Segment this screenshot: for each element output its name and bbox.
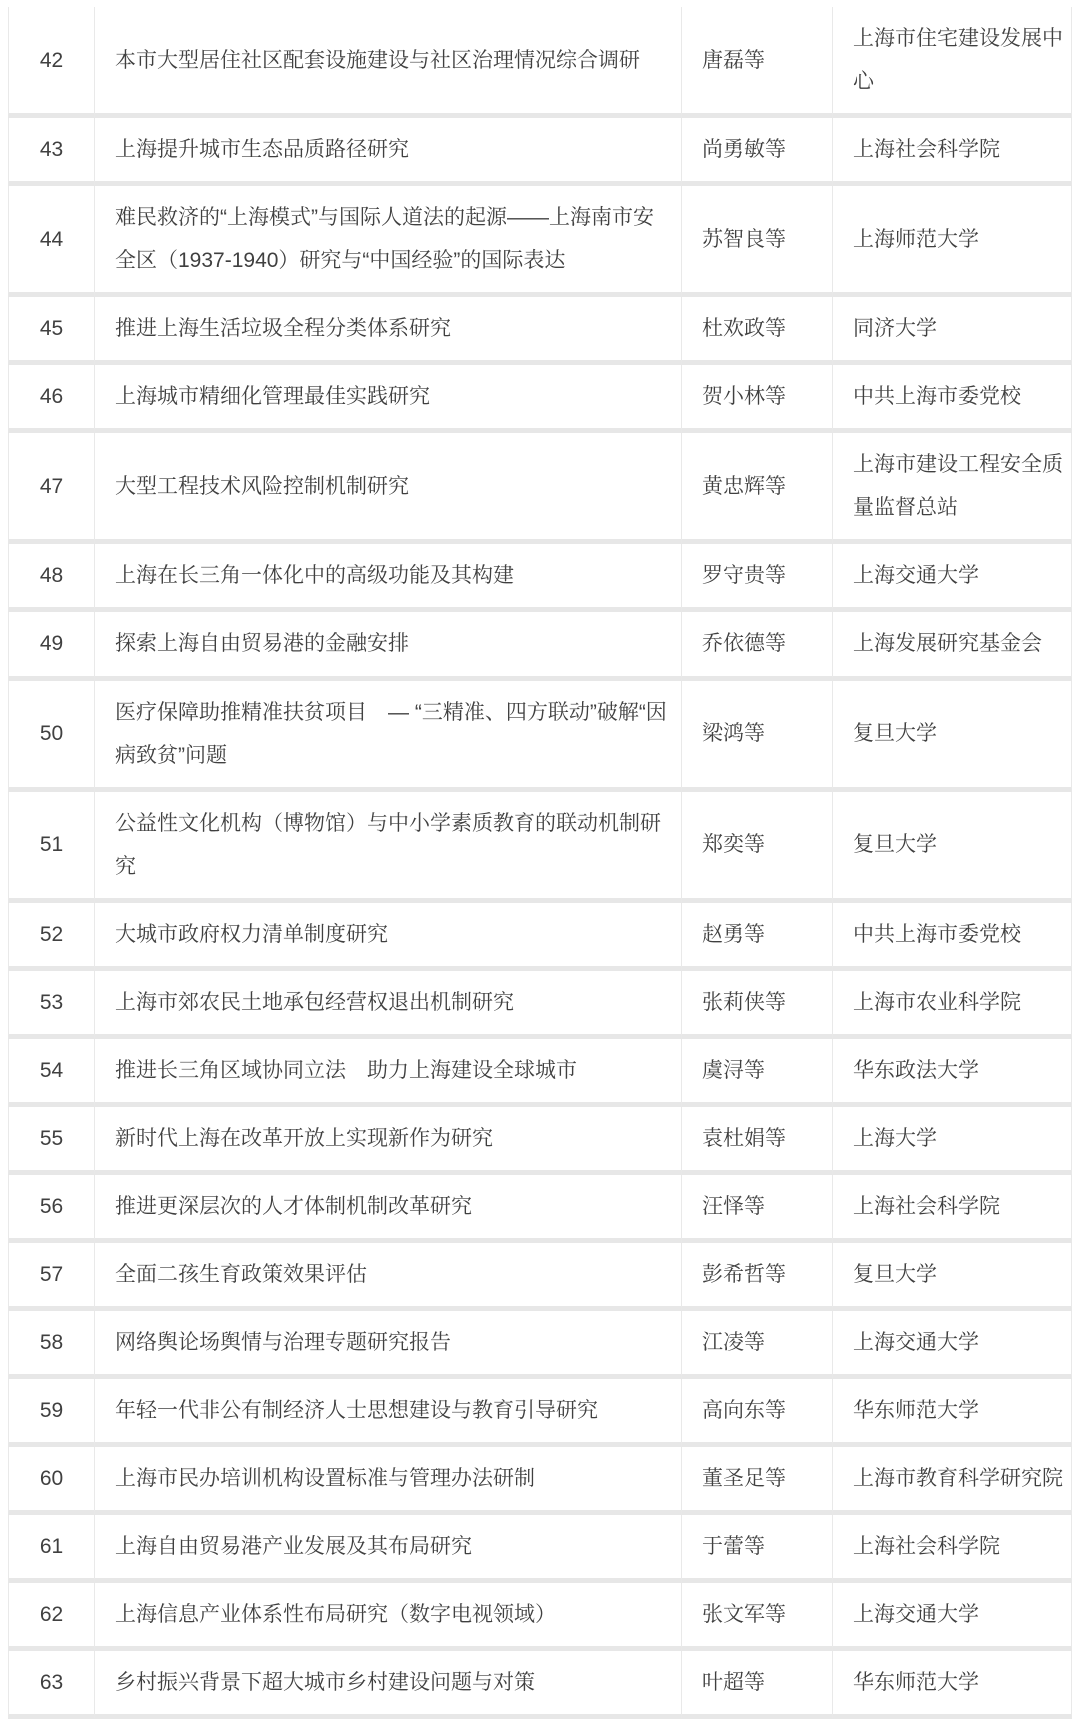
project-institution: 复旦大学 bbox=[832, 792, 1072, 903]
table-row: 56 推进更深层次的人才体制机制改革研究 汪怿等 上海社会科学院 bbox=[8, 1175, 1072, 1243]
project-institution: 上海师范大学 bbox=[832, 186, 1072, 297]
row-number: 45 bbox=[8, 297, 94, 365]
project-author: 袁杜娟等 bbox=[681, 1107, 832, 1175]
project-institution: 同济大学 bbox=[832, 297, 1072, 365]
project-institution: 中共上海市委党校 bbox=[832, 365, 1072, 433]
row-number: 43 bbox=[8, 118, 94, 186]
table-row: 63 乡村振兴背景下超大城市乡村建设问题与对策 叶超等 华东师范大学 bbox=[8, 1651, 1072, 1719]
project-title: 本市大型居住社区配套设施建设与社区治理情况综合调研 bbox=[94, 7, 681, 118]
project-author: 虞浔等 bbox=[681, 1039, 832, 1107]
table-row: 42 本市大型居住社区配套设施建设与社区治理情况综合调研 唐磊等 上海市住宅建设… bbox=[8, 7, 1072, 118]
project-author: 高向东等 bbox=[681, 1379, 832, 1447]
row-number: 47 bbox=[8, 433, 94, 544]
table-row: 51 公益性文化机构（博物馆）与中小学素质教育的联动机制研究 郑奕等 复旦大学 bbox=[8, 792, 1072, 903]
row-number: 62 bbox=[8, 1583, 94, 1651]
project-institution: 上海市农业科学院 bbox=[832, 971, 1072, 1039]
project-author: 董圣足等 bbox=[681, 1447, 832, 1515]
project-title: 推进上海生活垃圾全程分类体系研究 bbox=[94, 297, 681, 365]
project-title: 上海自由贸易港产业发展及其布局研究 bbox=[94, 1515, 681, 1583]
table-row: 61 上海自由贸易港产业发展及其布局研究 于蕾等 上海社会科学院 bbox=[8, 1515, 1072, 1583]
research-projects-table: 42 本市大型居住社区配套设施建设与社区治理情况综合调研 唐磊等 上海市住宅建设… bbox=[8, 7, 1072, 1719]
table-body: 42 本市大型居住社区配套设施建设与社区治理情况综合调研 唐磊等 上海市住宅建设… bbox=[8, 7, 1072, 1719]
project-institution: 上海交通大学 bbox=[832, 1583, 1072, 1651]
project-title: 推进长三角区域协同立法 助力上海建设全球城市 bbox=[94, 1039, 681, 1107]
project-institution: 中共上海市委党校 bbox=[832, 903, 1072, 971]
table-row: 46 上海城市精细化管理最佳实践研究 贺小林等 中共上海市委党校 bbox=[8, 365, 1072, 433]
table-row: 62 上海信息产业体系性布局研究（数字电视领域） 张文军等 上海交通大学 bbox=[8, 1583, 1072, 1651]
row-number: 42 bbox=[8, 7, 94, 118]
project-author: 贺小林等 bbox=[681, 365, 832, 433]
project-title: 上海城市精细化管理最佳实践研究 bbox=[94, 365, 681, 433]
project-institution: 上海交通大学 bbox=[832, 544, 1072, 612]
project-author: 苏智良等 bbox=[681, 186, 832, 297]
project-institution: 上海市建设工程安全质量监督总站 bbox=[832, 433, 1072, 544]
project-institution: 上海社会科学院 bbox=[832, 1175, 1072, 1243]
table-row: 53 上海市郊农民土地承包经营权退出机制研究 张莉侠等 上海市农业科学院 bbox=[8, 971, 1072, 1039]
project-title: 上海提升城市生态品质路径研究 bbox=[94, 118, 681, 186]
row-number: 60 bbox=[8, 1447, 94, 1515]
project-author: 唐磊等 bbox=[681, 7, 832, 118]
row-number: 48 bbox=[8, 544, 94, 612]
row-number: 61 bbox=[8, 1515, 94, 1583]
row-number: 59 bbox=[8, 1379, 94, 1447]
project-title: 难民救济的“上海模式”与国际人道法的起源——上海南市安全区（1937-1940）… bbox=[94, 186, 681, 297]
row-number: 44 bbox=[8, 186, 94, 297]
table-row: 54 推进长三角区域协同立法 助力上海建设全球城市 虞浔等 华东政法大学 bbox=[8, 1039, 1072, 1107]
project-title: 探索上海自由贸易港的金融安排 bbox=[94, 612, 681, 680]
row-number: 57 bbox=[8, 1243, 94, 1311]
project-title: 上海市郊农民土地承包经营权退出机制研究 bbox=[94, 971, 681, 1039]
project-title: 网络舆论场舆情与治理专题研究报告 bbox=[94, 1311, 681, 1379]
project-institution: 上海社会科学院 bbox=[832, 1515, 1072, 1583]
project-institution: 上海市教育科学研究院 bbox=[832, 1447, 1072, 1515]
project-title: 乡村振兴背景下超大城市乡村建设问题与对策 bbox=[94, 1651, 681, 1719]
project-title: 医疗保障助推精准扶贫项目 — “三精准、四方联动”破解“因病致贫”问题 bbox=[94, 681, 681, 792]
table-row: 47 大型工程技术风险控制机制研究 黄忠辉等 上海市建设工程安全质量监督总站 bbox=[8, 433, 1072, 544]
row-number: 55 bbox=[8, 1107, 94, 1175]
project-institution: 上海大学 bbox=[832, 1107, 1072, 1175]
project-author: 黄忠辉等 bbox=[681, 433, 832, 544]
table-row: 58 网络舆论场舆情与治理专题研究报告 江凌等 上海交通大学 bbox=[8, 1311, 1072, 1379]
project-author: 郑奕等 bbox=[681, 792, 832, 903]
project-institution: 复旦大学 bbox=[832, 681, 1072, 792]
project-author: 汪怿等 bbox=[681, 1175, 832, 1243]
project-title: 公益性文化机构（博物馆）与中小学素质教育的联动机制研究 bbox=[94, 792, 681, 903]
project-title: 推进更深层次的人才体制机制改革研究 bbox=[94, 1175, 681, 1243]
row-number: 52 bbox=[8, 903, 94, 971]
project-institution: 复旦大学 bbox=[832, 1243, 1072, 1311]
project-title: 上海信息产业体系性布局研究（数字电视领域） bbox=[94, 1583, 681, 1651]
project-author: 叶超等 bbox=[681, 1651, 832, 1719]
project-title: 新时代上海在改革开放上实现新作为研究 bbox=[94, 1107, 681, 1175]
project-author: 杜欢政等 bbox=[681, 297, 832, 365]
project-title: 上海市民办培训机构设置标准与管理办法研制 bbox=[94, 1447, 681, 1515]
table-row: 60 上海市民办培训机构设置标准与管理办法研制 董圣足等 上海市教育科学研究院 bbox=[8, 1447, 1072, 1515]
project-author: 乔依德等 bbox=[681, 612, 832, 680]
row-number: 56 bbox=[8, 1175, 94, 1243]
project-title: 全面二孩生育政策效果评估 bbox=[94, 1243, 681, 1311]
project-institution: 上海市住宅建设发展中心 bbox=[832, 7, 1072, 118]
project-institution: 上海交通大学 bbox=[832, 1311, 1072, 1379]
row-number: 53 bbox=[8, 971, 94, 1039]
project-author: 江凌等 bbox=[681, 1311, 832, 1379]
project-author: 赵勇等 bbox=[681, 903, 832, 971]
table-row: 49 探索上海自由贸易港的金融安排 乔依德等 上海发展研究基金会 bbox=[8, 612, 1072, 680]
project-author: 张文军等 bbox=[681, 1583, 832, 1651]
row-number: 54 bbox=[8, 1039, 94, 1107]
project-author: 尚勇敏等 bbox=[681, 118, 832, 186]
table-row: 57 全面二孩生育政策效果评估 彭希哲等 复旦大学 bbox=[8, 1243, 1072, 1311]
table-row: 59 年轻一代非公有制经济人士思想建设与教育引导研究 高向东等 华东师范大学 bbox=[8, 1379, 1072, 1447]
project-title: 大城市政府权力清单制度研究 bbox=[94, 903, 681, 971]
project-institution: 华东师范大学 bbox=[832, 1379, 1072, 1447]
row-number: 50 bbox=[8, 681, 94, 792]
project-institution: 上海发展研究基金会 bbox=[832, 612, 1072, 680]
table-row: 55 新时代上海在改革开放上实现新作为研究 袁杜娟等 上海大学 bbox=[8, 1107, 1072, 1175]
project-title: 年轻一代非公有制经济人士思想建设与教育引导研究 bbox=[94, 1379, 681, 1447]
row-number: 63 bbox=[8, 1651, 94, 1719]
project-institution: 华东政法大学 bbox=[832, 1039, 1072, 1107]
project-title: 大型工程技术风险控制机制研究 bbox=[94, 433, 681, 544]
row-number: 58 bbox=[8, 1311, 94, 1379]
table-row: 44 难民救济的“上海模式”与国际人道法的起源——上海南市安全区（1937-19… bbox=[8, 186, 1072, 297]
project-title: 上海在长三角一体化中的高级功能及其构建 bbox=[94, 544, 681, 612]
project-author: 彭希哲等 bbox=[681, 1243, 832, 1311]
row-number: 46 bbox=[8, 365, 94, 433]
table-row: 45 推进上海生活垃圾全程分类体系研究 杜欢政等 同济大学 bbox=[8, 297, 1072, 365]
project-institution: 上海社会科学院 bbox=[832, 118, 1072, 186]
table-row: 43 上海提升城市生态品质路径研究 尚勇敏等 上海社会科学院 bbox=[8, 118, 1072, 186]
table-row: 50 医疗保障助推精准扶贫项目 — “三精准、四方联动”破解“因病致贫”问题 梁… bbox=[8, 681, 1072, 792]
project-author: 于蕾等 bbox=[681, 1515, 832, 1583]
project-author: 梁鸿等 bbox=[681, 681, 832, 792]
table-row: 48 上海在长三角一体化中的高级功能及其构建 罗守贵等 上海交通大学 bbox=[8, 544, 1072, 612]
project-author: 张莉侠等 bbox=[681, 971, 832, 1039]
table-row: 52 大城市政府权力清单制度研究 赵勇等 中共上海市委党校 bbox=[8, 903, 1072, 971]
row-number: 51 bbox=[8, 792, 94, 903]
row-number: 49 bbox=[8, 612, 94, 680]
project-institution: 华东师范大学 bbox=[832, 1651, 1072, 1719]
page: 42 本市大型居住社区配套设施建设与社区治理情况综合调研 唐磊等 上海市住宅建设… bbox=[0, 0, 1080, 1719]
project-author: 罗守贵等 bbox=[681, 544, 832, 612]
